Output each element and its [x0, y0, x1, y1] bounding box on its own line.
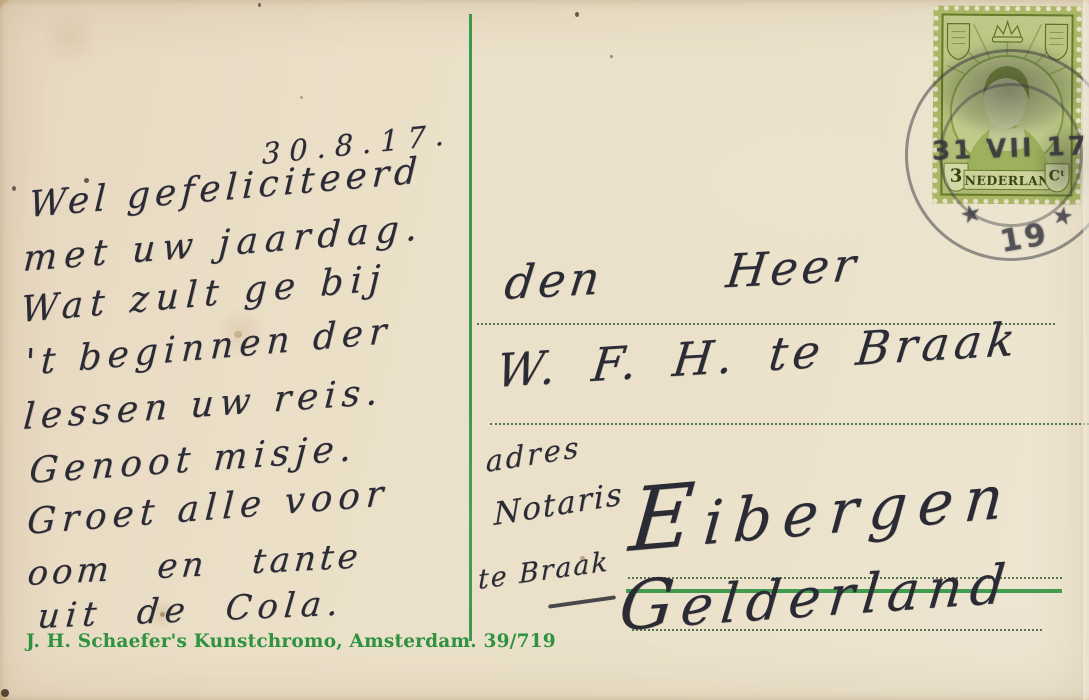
address-recipient-name: W. F. H. te Braak — [494, 314, 1023, 397]
age-spot — [160, 612, 165, 617]
age-spot — [258, 3, 261, 7]
age-spot — [580, 556, 585, 561]
address-note-line: te Braak — [478, 547, 609, 595]
message-line: uit de Cola. — [36, 585, 346, 636]
postmark-date: 31 VII 17 — [932, 131, 1089, 166]
publisher-imprint: J. H. Schaefer's Kunstchromo, Amsterdam.… — [26, 631, 556, 652]
age-spot — [84, 178, 89, 183]
address-recipient-title: den Heer — [502, 239, 862, 309]
postcard-back: 30.8.17. Wel gefeliciteerd met uw jaarda… — [0, 0, 1089, 700]
age-spot — [300, 96, 303, 99]
age-spot — [610, 55, 613, 58]
address-note-line: Notaris — [493, 477, 623, 532]
handwriting-flourish — [548, 595, 616, 608]
center-divider-line — [469, 14, 472, 641]
address-rule-2 — [490, 423, 1089, 425]
message-line: lessen uw reis. — [22, 373, 385, 438]
address-note-line: adres — [485, 432, 581, 479]
postmark-star-icon: ★ — [1050, 201, 1075, 232]
age-spot — [575, 12, 579, 17]
scan-edge — [1083, 0, 1089, 700]
age-spot — [234, 331, 242, 338]
age-spot — [1, 689, 9, 697]
age-spot — [12, 186, 16, 191]
